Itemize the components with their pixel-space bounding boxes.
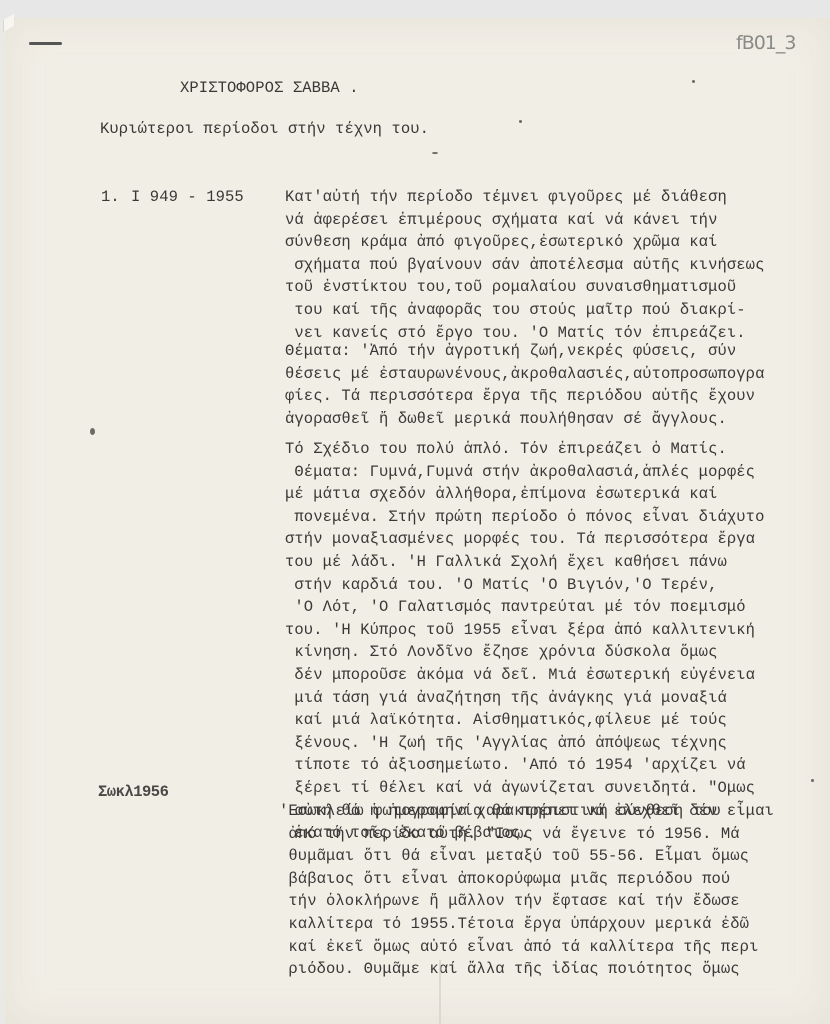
- document-subtitle: Κυριώτεροι περίοδοι στήν τέχνη του.: [100, 118, 429, 141]
- archive-reference: fB01_3: [736, 32, 796, 54]
- paper-fold-crease: [439, 960, 441, 1024]
- ink-speck: [519, 120, 522, 123]
- struck-margin-note: Σωκλ1956: [98, 781, 168, 804]
- ink-speck: [692, 80, 695, 83]
- section-period: I 949 - 1955: [131, 186, 244, 209]
- document-title: ΧΡΙΣΤΟΦΟΡΟΣ ΣΑΒΒΑ .: [180, 77, 359, 100]
- section-number: 1.: [101, 186, 120, 209]
- scanner-background: [0, 0, 830, 18]
- ink-dash-mark: [29, 42, 62, 45]
- paragraph-2: Θέματα: 'Ἀπό τήν ἀγροτική ζωή,νεκρές φύσ…: [285, 340, 764, 430]
- ink-speck: [90, 428, 95, 435]
- ink-speck: [432, 152, 438, 154]
- ink-speck: [811, 779, 814, 782]
- paragraph-4: 'Εσωκλείω φωτογραφία χαρακτηριστική σύνθ…: [279, 800, 758, 981]
- paragraph-3: Τό Σχέδιο του πολύ ἁπλό. Τόν ἐπιρεάζει ὁ…: [285, 438, 774, 845]
- paragraph-1: Κατ'αὐτή τήν περίοδο τέμνει φιγοῦρες μέ …: [285, 186, 764, 344]
